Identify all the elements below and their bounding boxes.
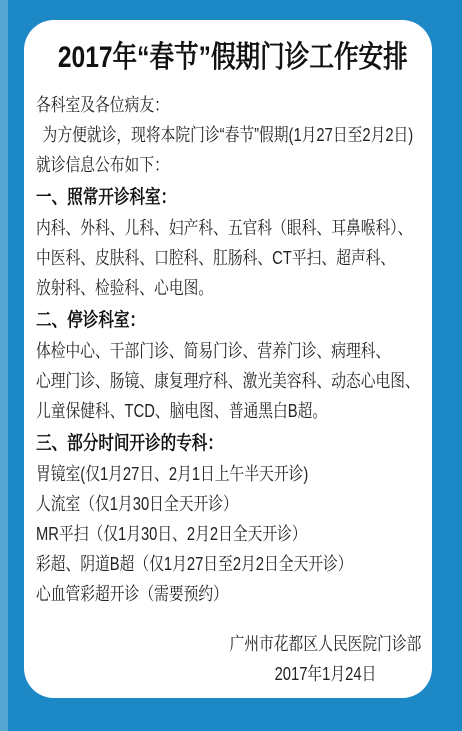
section-1-line-2: 中医科、皮肤科、口腔科、肛肠科、CT平扫、超声科、 [36, 243, 444, 273]
signature-block: 广州市花都区人民医院门诊部 2017年1月24日 [230, 629, 422, 689]
salutation-line: 各科室及各位病友： [36, 90, 444, 120]
signature-org: 广州市花都区人民医院门诊部 [230, 629, 422, 659]
notice-title: 2017年“春节”假期门诊工作安排 [36, 36, 430, 80]
left-edge-highlight [0, 0, 8, 731]
notice-background: 2017年“春节”假期门诊工作安排 各科室及各位病友： 为方便就诊，现将本院门诊… [0, 0, 462, 731]
section-2-line-3: 儿童保健科、TCD、脑电图、普通黑白B超。 [36, 396, 444, 426]
signature-date: 2017年1月24日 [230, 659, 422, 689]
notice-content: 2017年“春节”假期门诊工作安排 各科室及各位病友： 为方便就诊，现将本院门诊… [36, 20, 444, 689]
section-3-line-mr-scan: MR平扫（仅1月30日、2月2日全天开诊） [36, 519, 444, 549]
section-3-line-gastroscopy: 胃镜室(仅1月27日、2月1日上午半天开诊) [36, 459, 444, 489]
section-1-heading: 一、照常开诊科室： [36, 183, 444, 213]
section-1-line-3: 放射科、检验科、心电图。 [36, 273, 444, 303]
notice-card: 2017年“春节”假期门诊工作安排 各科室及各位病友： 为方便就诊，现将本院门诊… [24, 20, 432, 698]
section-2-heading: 二、停诊科室： [36, 306, 444, 336]
intro-line-2: 就诊信息公布如下： [36, 150, 444, 180]
section-3-line-abortion-room: 人流室（仅1月30日全天开诊） [36, 489, 444, 519]
section-3-line-ultrasound: 彩超、阴道B超（仅1月27日至2月2日全天开诊） [36, 549, 444, 579]
section-2-line-1: 体检中心、干部门诊、简易门诊、营养门诊、病理科、 [36, 336, 444, 366]
section-1-line-1: 内科、外科、儿科、妇产科、五官科（眼科、耳鼻喉科）、 [36, 213, 444, 243]
section-3-line-cardiac-ultrasound: 心血管彩超开诊（需要预约） [36, 579, 444, 609]
intro-line-1: 为方便就诊，现将本院门诊“春节”假期(1月27日至2月2日) [36, 120, 444, 150]
section-3-heading: 三、部分时间开诊的专科： [36, 429, 444, 459]
section-2-line-2: 心理门诊、肠镜、康复理疗科、激光美容科、动态心电图、 [36, 366, 444, 396]
